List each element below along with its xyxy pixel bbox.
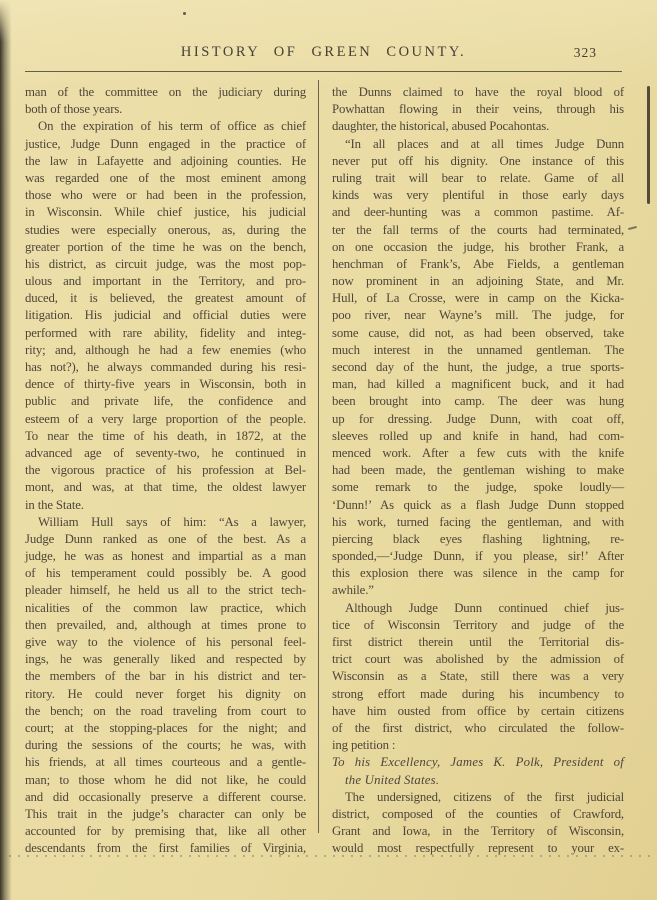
text-line: during the sessions of the courts; he wa… (25, 737, 306, 754)
column-divider-rule (318, 80, 319, 833)
text-line: mont, and was, at that time, the oldest … (25, 479, 306, 496)
text-line: his friends, at all times courteous and … (25, 754, 306, 771)
ink-speck (183, 12, 186, 15)
text-line: up for dressing. Judge Dunn, with coat o… (332, 411, 624, 428)
text-line: advanced age of seventy-two, he continue… (25, 445, 306, 462)
text-line: some cause, did not, as had been observe… (332, 325, 624, 342)
text-line: ‘Dunn!’ As quick as a flash Judge Dunn s… (332, 497, 624, 514)
right-column: the Dunns claimed to have the royal bloo… (332, 84, 624, 857)
text-line: in the State. (25, 497, 306, 514)
text-line: Judge Dunn ranked as one of the best. As… (25, 531, 306, 548)
text-line: now prominent in an adjoining State, and… (332, 273, 624, 290)
text-line: daughter, the historical, abused Pocahon… (332, 118, 624, 135)
text-line: ing petition : (332, 737, 624, 754)
text-line: never put off his dignity. One instance … (332, 153, 624, 170)
text-line: has not?), he always commanded during hi… (25, 359, 306, 376)
text-line: On the expiration of his term of office … (25, 118, 306, 135)
text-line: his work, turned facing the gentleman, a… (332, 514, 624, 531)
text-line: those who were or had been in the profes… (25, 187, 306, 204)
text-line: of his temperament could possibly be. A … (25, 565, 306, 582)
page-edge-line (647, 86, 650, 204)
left-column: man of the committee on the judiciary du… (25, 84, 306, 857)
text-line: much interest in the unnamed gentleman. … (332, 342, 624, 359)
text-block: man of the committee on the judiciary du… (25, 84, 624, 857)
text-line: would most respectfully represent to you… (332, 840, 624, 857)
text-line: nicalities of the common law practice, w… (25, 600, 306, 617)
text-line: poo river, near Wayne’s mill. The judge,… (332, 307, 624, 324)
text-line: litigation. His judicial and official du… (25, 307, 306, 324)
text-line: the Dunns claimed to have the royal bloo… (332, 84, 624, 101)
text-line: duced, it is believed, the greatest amou… (25, 290, 306, 307)
text-line: court; at the stopping-places for the ni… (25, 720, 306, 737)
text-line: “In all places and at all times Judge Du… (332, 136, 624, 153)
text-line: ings, he was generally liked and respect… (25, 651, 306, 668)
text-line: district, composed of the counties of Cr… (332, 806, 624, 823)
text-line: judge, he was as honest and impartial as… (25, 548, 306, 565)
text-line: and did occasionally preserve a differen… (25, 789, 306, 806)
text-line: awhile.” (332, 582, 624, 599)
text-line: tice of Wisconsin Territory and judge of… (332, 617, 624, 634)
text-line: Wisconsin as a State, still there was a … (332, 668, 624, 685)
text-line: ruling trait will bear to relate. Game o… (332, 170, 624, 187)
text-line: performed with rare ability, fidelity an… (25, 325, 306, 342)
text-line: been brought into camp. The deer was hun… (332, 393, 624, 410)
text-line: ter the fall terms of the courts had ter… (332, 222, 624, 239)
text-line: descendants from the first families of V… (25, 840, 306, 857)
text-line: the United States. (332, 772, 624, 789)
text-line: accounted for by premising that, like al… (25, 823, 306, 840)
text-line: this explosion there was silence in the … (332, 565, 624, 582)
text-line: rity; and, although he had a few enemies… (25, 342, 306, 359)
text-line: kinds was very plentiful in those early … (332, 187, 624, 204)
text-line: on one occasion the judge, his brother F… (332, 239, 624, 256)
text-line: the vigorous practice of his profession … (25, 462, 306, 479)
text-line: man, had killed a magnificent buck, and … (332, 376, 624, 393)
header-rule (25, 71, 622, 72)
text-line: ritory. He could never forget his dignit… (25, 686, 306, 703)
text-line: strong effort made during his incumbency… (332, 686, 624, 703)
text-line: the bench; on the road traveling from co… (25, 703, 306, 720)
text-line: ulous and important in the Territory, an… (25, 273, 306, 290)
text-line: Grant and Iowa, in the Territory of Wisc… (332, 823, 624, 840)
text-line: sponded,—‘Judge Dunn, if you please, sir… (332, 548, 624, 565)
text-line: first district therein until the Territo… (332, 634, 624, 651)
text-line: man of the committee on the judiciary du… (25, 84, 306, 101)
text-line: William Hull says of him: “As a lawyer, (25, 514, 306, 531)
text-line: justice, Judge Dunn engaged in the pract… (25, 136, 306, 153)
text-line: Powhattan flowing in their veins, throug… (332, 101, 624, 118)
gutter-shadow (0, 0, 13, 900)
text-line: greater portion of the time he was on th… (25, 239, 306, 256)
text-line: trict court was abolished by the admissi… (332, 651, 624, 668)
text-line: was regarded one of the most eminent amo… (25, 170, 306, 187)
text-line: the members of the bar in his district a… (25, 668, 306, 685)
text-line: in Wisconsin. While chief justice, his j… (25, 204, 306, 221)
text-line: public and private life, the confidence … (25, 393, 306, 410)
running-head-title: HISTORY OF GREEN COUNTY. (25, 44, 622, 61)
text-line: To his Excellency, James K. Polk, Presid… (332, 754, 624, 771)
text-line: Although Judge Dunn continued chief jus- (332, 600, 624, 617)
stray-ink-mark (628, 226, 637, 230)
text-line: sleeves rolled up and knife in hand, had… (332, 428, 624, 445)
text-line: second day of the hunt, the judge, a tru… (332, 359, 624, 376)
text-line: the law in Lafayette and adjoining count… (25, 153, 306, 170)
book-page: HISTORY OF GREEN COUNTY. 323 man of the … (0, 0, 657, 900)
text-line: henchman of Frank’s, Abe Fields, a gentl… (332, 256, 624, 273)
text-line: This trait in the judge’s character can … (25, 806, 306, 823)
page-number: 323 (574, 45, 597, 61)
text-line: piercing black eyes flashing lightning, … (332, 531, 624, 548)
text-line: give way to the violence of his personal… (25, 634, 306, 651)
text-line: had been made, the gentleman wishing to … (332, 462, 624, 479)
text-line: dence of thirty-five years in Wisconsin,… (25, 376, 306, 393)
text-line: some remark to the judge, spoke loudly— (332, 479, 624, 496)
text-line: menced work. After a few cuts with the k… (332, 445, 624, 462)
text-line: his district, as circuit judge, was the … (25, 256, 306, 273)
text-line: have him ousted from office by certain c… (332, 703, 624, 720)
text-line: man; to those whom he did not like, he c… (25, 772, 306, 789)
text-line: The undersigned, citizens of the first j… (332, 789, 624, 806)
text-line: both of those years. (25, 101, 306, 118)
text-line: then prevailed, and, although at times p… (25, 617, 306, 634)
text-line: To near the time of his death, in 1872, … (25, 428, 306, 445)
text-line: esteem of a very large proportion of the… (25, 411, 306, 428)
text-line: Hull, of La Crosse, were in camp on the … (332, 290, 624, 307)
text-line: pleader himself, he held us all to the s… (25, 582, 306, 599)
text-line: and deer-hunting was a common pastime. A… (332, 204, 624, 221)
text-line: of the first district, who circulated th… (332, 720, 624, 737)
text-line: studies were especially onerous, as, dur… (25, 222, 306, 239)
